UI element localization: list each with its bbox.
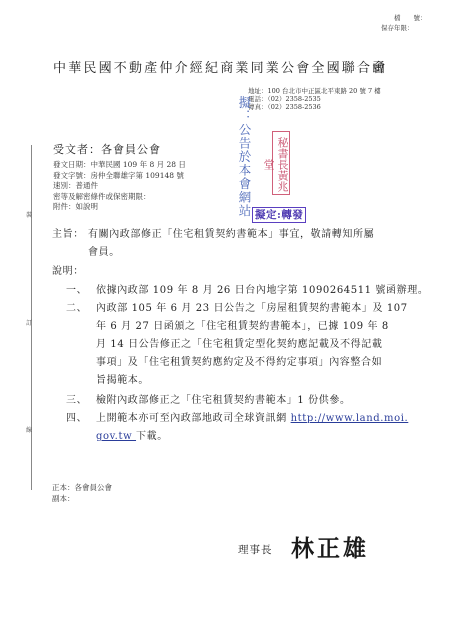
- item-number: 一、: [66, 282, 96, 300]
- file-number-label: 檔 號：: [394, 14, 427, 23]
- explanation-label: 說明：: [52, 263, 84, 281]
- retention-period-label: 保存年限：: [381, 24, 414, 33]
- fold-mark-ding: 訂: [26, 318, 32, 327]
- land-moi-link[interactable]: http://www.land.moi.: [291, 413, 409, 424]
- organization-name: 中華民國不動產仲介經紀商業同業公會全國聯合會: [53, 57, 387, 76]
- item-2-line-2: 年 6 月 27 日函頒之「住宅租賃契約書範本」，已據 109 年 8: [96, 318, 389, 336]
- copy-recipient: 副本：: [52, 494, 75, 505]
- item-2-line-4: 事項」及「住宅租賃契約應約定及不得約定事項」內容整合如: [96, 354, 382, 372]
- item-number: 四、: [66, 410, 96, 428]
- item-2-line-3: 月 14 日公告修正之「住宅租賃定型化契約應記載及不得記載: [96, 336, 382, 354]
- issue-date: 發文日期：中華民國 109 年 8 月 28 日: [53, 160, 186, 171]
- item-text: 下載。: [136, 431, 168, 442]
- signature-name: 林正雄: [291, 530, 369, 563]
- document-type: 函: [372, 57, 387, 76]
- document-number: 發文字號：房仲全聯雄字第 109148 號: [53, 171, 186, 182]
- signature-title: 理事長: [238, 542, 273, 557]
- item-text: 檢附內政部修正之「住宅租賃契約書範本」1 份供參。: [96, 395, 351, 406]
- fold-mark-zhuang: 裝: [26, 210, 32, 219]
- confidentiality: 密等及解密條件或保密期限：: [53, 192, 186, 203]
- explanation-item-4: 四、上開範本亦可至內政部地政司全球資訊網 http://www.land.moi…: [66, 410, 408, 428]
- item-number: 二、: [66, 300, 96, 318]
- subject-label: 主旨：: [52, 226, 84, 244]
- fold-mark-xian: 線: [26, 425, 32, 434]
- subject-line-1: 有關內政部修正「住宅租賃契約書範本」事宜，敬請轉知所屬: [88, 226, 374, 244]
- item-text: 內政部 105 年 6 月 23 日公告之「房屋租賃契約書範本」及 107: [96, 303, 408, 314]
- meta-block: 發文日期：中華民國 109 年 8 月 28 日 發文字號：房仲全聯雄字第 10…: [53, 160, 186, 213]
- blue-vertical-stamp: 擬：公告於本會網站: [232, 96, 252, 218]
- explanation-item-3: 三、檢附內政部修正之「住宅租賃契約書範本」1 份供參。: [66, 392, 351, 410]
- speed-class: 速別：普通件: [53, 181, 186, 192]
- subject-line-2: 會員。: [88, 244, 120, 262]
- item-2-line-5: 旨揭範本。: [96, 372, 149, 390]
- red-seal-stamp: 秘書長黃兆堂: [272, 131, 290, 195]
- original-recipient: 正本：各會員公會: [52, 483, 112, 494]
- approval-box-stamp: 擬定:轉發: [252, 207, 306, 223]
- attachment: 附件：如說明: [53, 202, 186, 213]
- land-moi-link-continued[interactable]: gov.tw: [96, 431, 136, 442]
- recipient: 受文者：各會員公會: [53, 141, 161, 157]
- item-number: 三、: [66, 392, 96, 410]
- item-text: 上開範本亦可至內政部地政司全球資訊網: [96, 413, 291, 424]
- item-text: 依據內政部 109 年 8 月 26 日台內地字第 1090264511 號函辦…: [96, 285, 428, 296]
- item-4-line-2: gov.tw 下載。: [96, 428, 168, 446]
- explanation-item-2: 二、內政部 105 年 6 月 23 日公告之「房屋租賃契約書範本」及 107: [66, 300, 408, 318]
- explanation-item-1: 一、依據內政部 109 年 8 月 26 日台內地字第 1090264511 號…: [66, 282, 428, 300]
- fax: 傳真：（02）2358-2536: [248, 103, 321, 112]
